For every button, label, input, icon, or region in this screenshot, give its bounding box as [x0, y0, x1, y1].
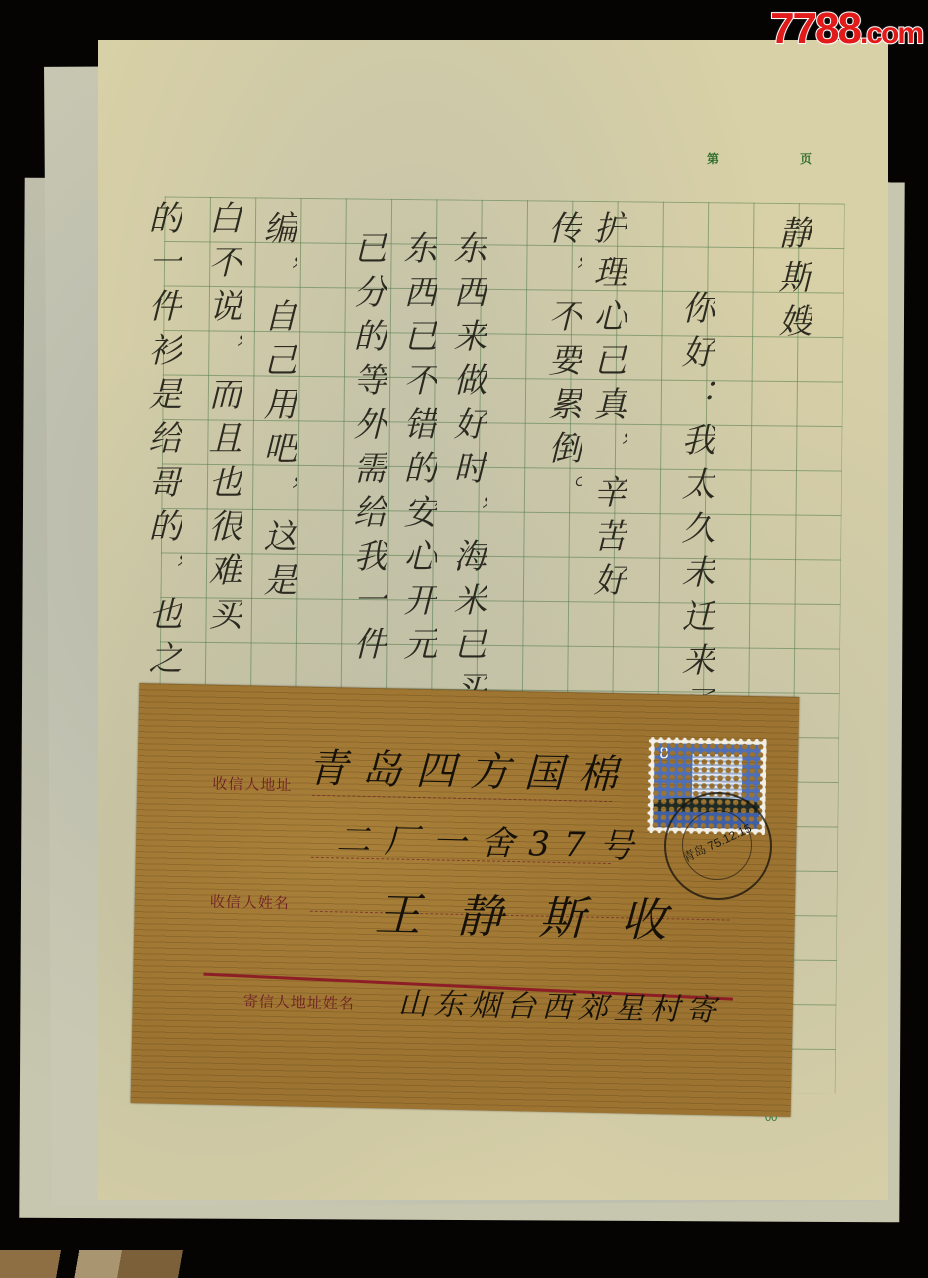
letter-column: 静斯嫂: [775, 215, 809, 347]
letter-column: 的一件衫是给哥的，也之: [145, 200, 179, 684]
letter-column: 东西已不错的安心开元: [400, 230, 434, 670]
stamp-value: 8: [659, 745, 668, 763]
background-objects: [0, 1250, 300, 1278]
site-watermark: 7788.com: [770, 4, 922, 54]
letter-column: 传，不要累倒。: [545, 210, 579, 518]
sender-label: 寄信人地址姓名: [243, 990, 355, 1013]
page-number-label: 第: [707, 150, 719, 167]
postmark: 青岛 75.12.15: [664, 792, 772, 900]
recipient-address-label: 收信人地址: [212, 773, 292, 796]
letter-column: 白不说，而且也很难买: [205, 200, 239, 640]
recipient-address-handwriting-2: 二厂一舍37号: [336, 812, 648, 868]
letter-column: 护理心已真，辛苦好: [590, 210, 624, 606]
sender-handwriting: 山东烟台西郊星村寄: [397, 979, 722, 1030]
letter-column: 编，自己用吧，这是: [260, 210, 294, 606]
letter-column: 已分的等外需给我一件: [350, 230, 384, 670]
recipient-name-handwriting: 王静斯收: [374, 878, 703, 951]
letter-column: 你好：我太久未迁来函: [678, 290, 712, 730]
watermark-suffix: .com: [860, 17, 922, 50]
watermark-brand: 7788: [770, 4, 860, 53]
page-label: 页: [800, 150, 812, 167]
recipient-name-label: 收信人姓名: [210, 891, 290, 914]
recipient-address-handwriting-1: 青岛四方国棉: [307, 737, 632, 801]
letter-column: 东西来做好时，海米已买: [450, 230, 484, 714]
